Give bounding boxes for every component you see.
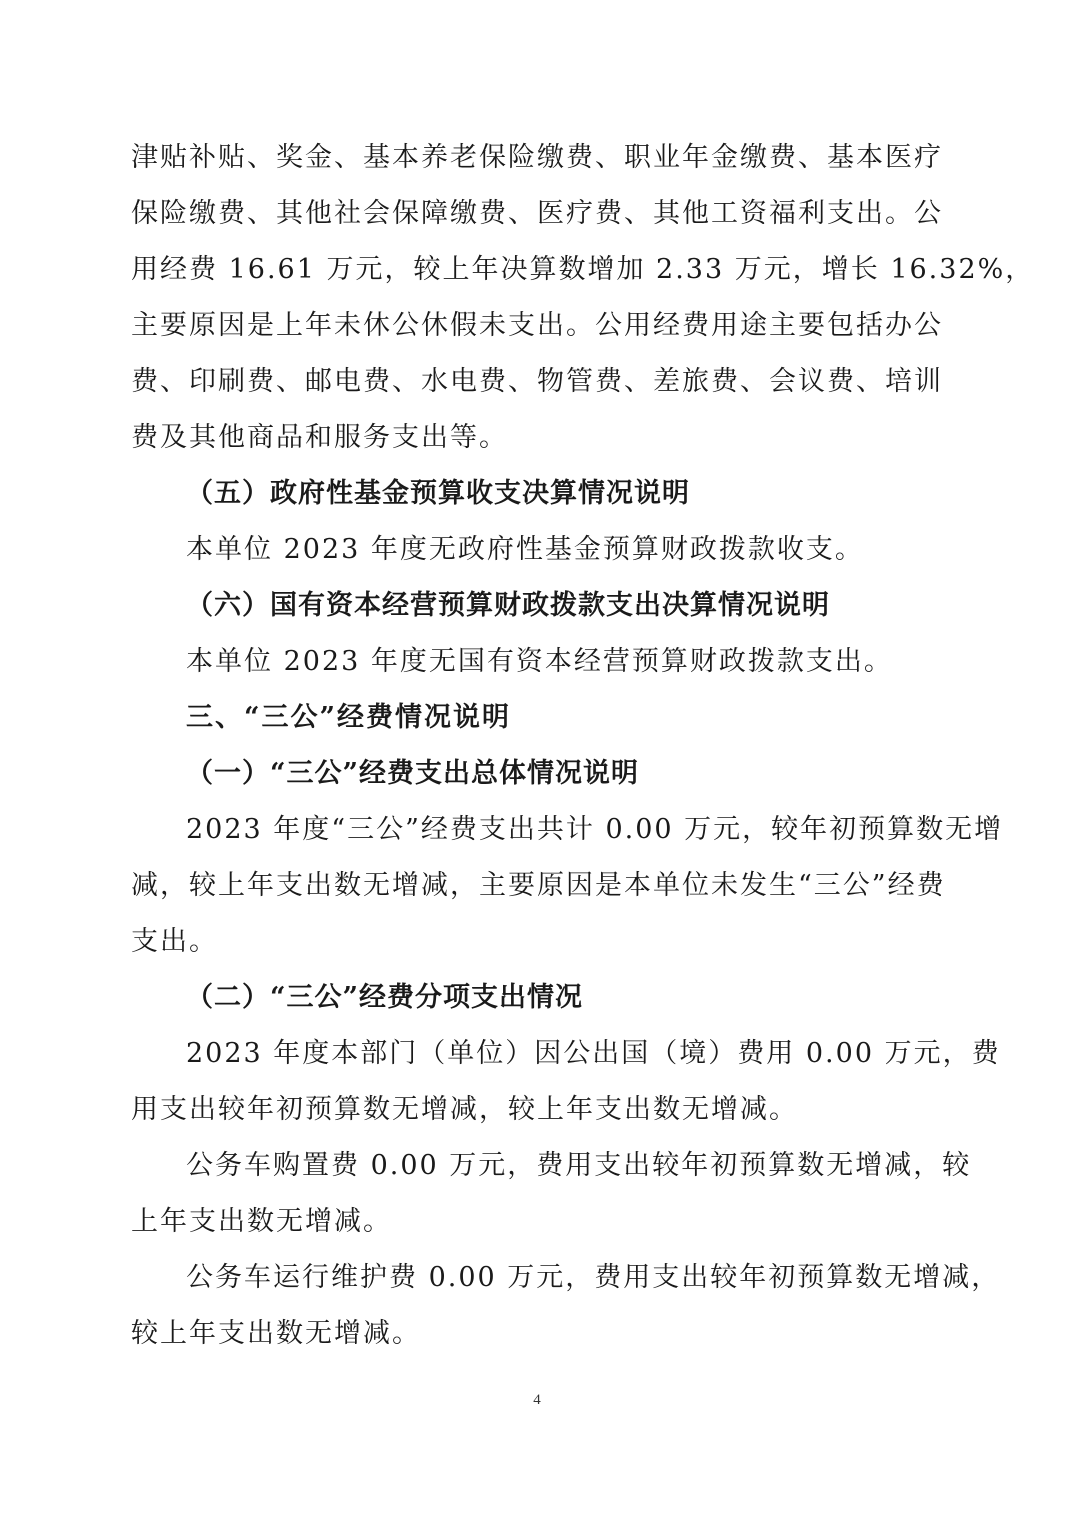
section-heading-6: （六）国有资本经营预算财政拨款支出决算情况说明: [186, 586, 943, 626]
body-line: 公务车运行维护费 0.00 万元，费用支出较年初预算数无增减，: [186, 1258, 943, 1298]
body-line: 减，较上年支出数无增减，主要原因是本单位未发生“三公”经费: [131, 866, 943, 906]
body-line: 用经费 16.61 万元，较上年决算数增加 2.33 万元，增长 16.32%，: [131, 250, 943, 290]
page-number: 4: [0, 1392, 1074, 1409]
body-line: 费、印刷费、邮电费、水电费、物管费、差旅费、会议费、培训: [131, 362, 943, 402]
part-heading-3: 三、“三公”经费情况说明: [186, 698, 943, 738]
body-line: 费及其他商品和服务支出等。: [131, 418, 943, 458]
body-line: 保险缴费、其他社会保障缴费、医疗费、其他工资福利支出。公: [131, 194, 943, 234]
section-heading-5: （五）政府性基金预算收支决算情况说明: [186, 474, 943, 514]
body-line: 2023 年度“三公”经费支出共计 0.00 万元，较年初预算数无增: [186, 810, 943, 850]
body-line: 较上年支出数无增减。: [131, 1314, 943, 1354]
subsection-heading-1: （一）“三公”经费支出总体情况说明: [186, 754, 943, 794]
body-line: 公务车购置费 0.00 万元，费用支出较年初预算数无增减，较: [186, 1146, 943, 1186]
body-line: 支出。: [131, 922, 943, 962]
body-line: 上年支出数无增减。: [131, 1202, 943, 1242]
section-body-6: 本单位 2023 年度无国有资本经营预算财政拨款支出。: [186, 642, 943, 682]
body-line: 用支出较年初预算数无增减，较上年支出数无增减。: [131, 1090, 943, 1130]
body-line: 津贴补贴、奖金、基本养老保险缴费、职业年金缴费、基本医疗: [131, 138, 943, 178]
body-line: 2023 年度本部门（单位）因公出国（境）费用 0.00 万元，费: [186, 1034, 943, 1074]
section-body-5: 本单位 2023 年度无政府性基金预算财政拨款收支。: [186, 530, 943, 570]
body-line: 主要原因是上年未休公休假未支出。公用经费用途主要包括办公: [131, 306, 943, 346]
subsection-heading-2: （二）“三公”经费分项支出情况: [186, 978, 943, 1018]
